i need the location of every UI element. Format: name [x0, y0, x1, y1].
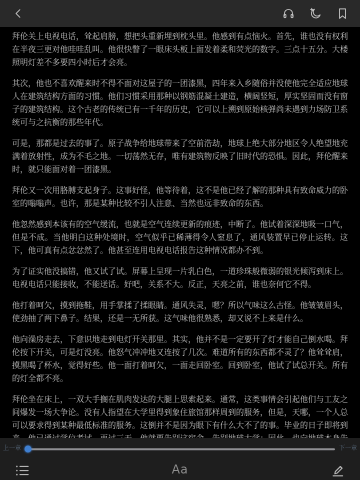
paragraph: 他打着呵欠，摸到拖鞋，用手掌揉了揉眼睛。通风失灵，嗯？所以气味这么古怪。他皱皱眉… — [12, 299, 348, 325]
next-chapter-button[interactable]: 下一章 — [339, 445, 357, 453]
prev-chapter-button[interactable]: 上一章 — [3, 445, 21, 453]
paragraph: 他向澡房走去，下意识地走到电灯开关那里。其实，他并不是一定要开了灯才能自己倒水喝… — [12, 333, 348, 385]
slider-track — [25, 448, 335, 450]
slider-handle[interactable] — [25, 446, 32, 453]
paragraph: 拜伦关上电视电话，耸起肩膀，想把头重新埋到枕头里。他感到有点恼火。首先，谁也没有… — [12, 30, 348, 69]
toolbar-icons-row: Aa — [0, 457, 360, 480]
paragraph: 拜伦坐在床上，一双大手搁在肌肉发达的大腿上思索起来。通常，这类事情会引起他们与工… — [12, 393, 348, 439]
paragraph: 其次，他也不喜欢醒来时不得不面对这屋子的一团漆黑，四年来入乡随俗并没使他完全适应… — [12, 77, 348, 129]
bookmark-button[interactable] — [335, 7, 349, 21]
annotate-button[interactable] — [330, 462, 346, 478]
reading-area[interactable]: 拜伦关上电视电话，耸起肩膀，想把头重新埋到枕头里。他感到有点恼火。首先，谁也没有… — [0, 27, 360, 439]
moon-with-sparkle-icon — [309, 7, 322, 20]
table-of-contents-button[interactable] — [14, 462, 30, 478]
night-mode-button[interactable] — [308, 7, 322, 21]
paragraph: 他忽然感到本该有的空气缓流，也就是空气连续更新的痕迹，中断了。他试着深深地吸一口… — [12, 218, 348, 257]
bookmark-icon — [336, 7, 349, 20]
paragraph: 可是，那都是过去的事了。原子战争给地球带来了空前浩劫，地球上绝大部分地区令人绝望… — [12, 137, 348, 176]
chevron-left-icon — [12, 7, 25, 20]
bottom-toolbar: 上一章 下一章 Aa — [0, 438, 360, 480]
paragraph: 为了证实他没搞错，他又试了试。屏幕上呈现一片乳白色，一道珍珠般微弱的银光倾泻到床… — [12, 265, 348, 291]
progress-slider[interactable] — [25, 445, 335, 454]
highlighter-pen-icon — [331, 463, 346, 478]
top-bar — [0, 0, 360, 27]
back-button[interactable] — [11, 7, 25, 21]
font-settings-button[interactable]: Aa — [172, 462, 189, 476]
bullet-list-icon — [15, 463, 30, 478]
progress-slider-row: 上一章 下一章 — [0, 438, 360, 457]
headphones-icon — [282, 7, 295, 20]
paragraph: 拜伦又一次用胳膊支起身子。这事好怪，他等待着，这不是他已经了解的那种具有致命威力… — [12, 184, 348, 210]
top-bar-actions — [281, 7, 349, 21]
listen-button[interactable] — [281, 7, 295, 21]
